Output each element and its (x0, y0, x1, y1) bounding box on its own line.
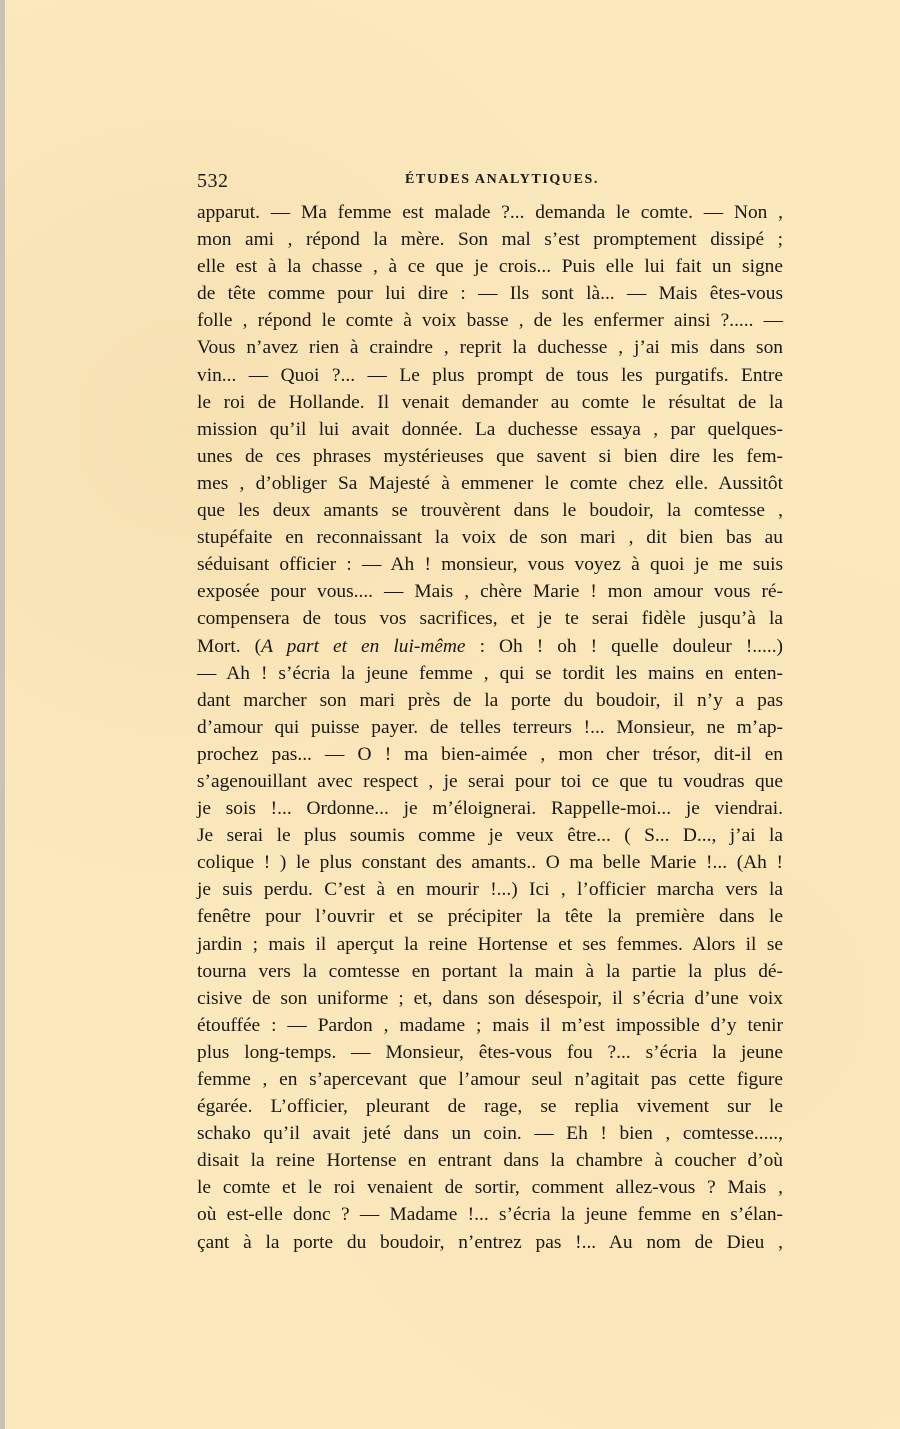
text-line: dant marcher son mari près de la porte d… (197, 687, 783, 714)
text-line: unes de ces phrases mystérieuses que sav… (197, 443, 783, 470)
text-line: que les deux amants se trouvèrent dans l… (197, 497, 783, 524)
text-line: vin... — Quoi ?... — Le plus prompt de t… (197, 362, 783, 389)
text-line: Vous n’avez rien à craindre , reprit la … (197, 334, 783, 361)
text-line: stupéfaite en reconnaissant la voix de s… (197, 524, 783, 551)
text-line: schako qu’il avait jeté dans un coin. — … (197, 1120, 783, 1147)
text-line: femme , en s’apercevant que l’amour seul… (197, 1066, 783, 1093)
text-line: le comte et le roi venaient de sortir, c… (197, 1174, 783, 1201)
text-line: Je serai le plus soumis comme je veux êt… (197, 822, 783, 849)
text-line: séduisant officier : — Ah ! monsieur, vo… (197, 551, 783, 578)
text-line: d’amour qui puisse payer. de telles terr… (197, 714, 783, 741)
text-line: apparut. — Ma femme est malade ?... dema… (197, 199, 783, 226)
text-line: mon ami , répond la mère. Son mal s’est … (197, 226, 783, 253)
text-line: plus long-temps. — Monsieur, êtes-vous f… (197, 1039, 783, 1066)
text-line: où est-elle donc ? — Madame !... s’écria… (197, 1201, 783, 1228)
text-line: tourna vers la comtesse en portant la ma… (197, 958, 783, 985)
text-line: compensera de tous vos sacrifices, et je… (197, 605, 783, 632)
page-header: 532 ÉTUDES ANALYTIQUES. (197, 168, 783, 196)
text-line: fenêtre pour l’ouvrir et se précipiter l… (197, 903, 783, 930)
text-line: prochez pas... — O ! ma bien-aimée , mon… (197, 741, 783, 768)
text-line: cisive de son uniforme ; et, dans son dé… (197, 985, 783, 1012)
body-text: apparut. — Ma femme est malade ?... dema… (197, 199, 783, 1256)
roman-text: : Oh ! oh ! quelle douleur !.....) (466, 636, 783, 657)
italic-stage-direction: A part et en lui-même (261, 636, 465, 657)
text-line: étouffée : — Pardon , madame ; mais il m… (197, 1012, 783, 1039)
text-line-mixed: Mort. (A part et en lui-même : Oh ! oh !… (197, 633, 783, 660)
text-line: disait la reine Hortense en entrant dans… (197, 1147, 783, 1174)
text-line: je suis perdu. C’est à en mourir !...) I… (197, 876, 783, 903)
text-line: le roi de Hollande. Il venait demander a… (197, 389, 783, 416)
roman-text: Mort. ( (197, 636, 261, 657)
running-head: ÉTUDES ANALYTIQUES. (197, 172, 783, 188)
text-line: jardin ; mais il aperçut la reine Horten… (197, 931, 783, 958)
text-line: je sois !... Ordonne... je m’éloignerai.… (197, 795, 783, 822)
text-line: mes , d’obliger Sa Majesté à emmener le … (197, 470, 783, 497)
text-line: de tête comme pour lui dire : — Ils sont… (197, 280, 783, 307)
text-line: colique ! ) le plus constant des amants.… (197, 849, 783, 876)
text-line: exposée pour vous.... — Mais , chère Mar… (197, 578, 783, 605)
text-line: égarée. L’officier, pleurant de rage, se… (197, 1093, 783, 1120)
text-line: mission qu’il lui avait donnée. La duche… (197, 416, 783, 443)
text-line: s’agenouillant avec respect , je serai p… (197, 768, 783, 795)
text-line: folle , répond le comte à voix basse , d… (197, 307, 783, 334)
text-line: çant à la porte du boudoir, n’entrez pas… (197, 1229, 783, 1256)
text-line: — Ah ! s’écria la jeune femme , qui se t… (197, 660, 783, 687)
text-line: elle est à la chasse , à ce que je crois… (197, 253, 783, 280)
